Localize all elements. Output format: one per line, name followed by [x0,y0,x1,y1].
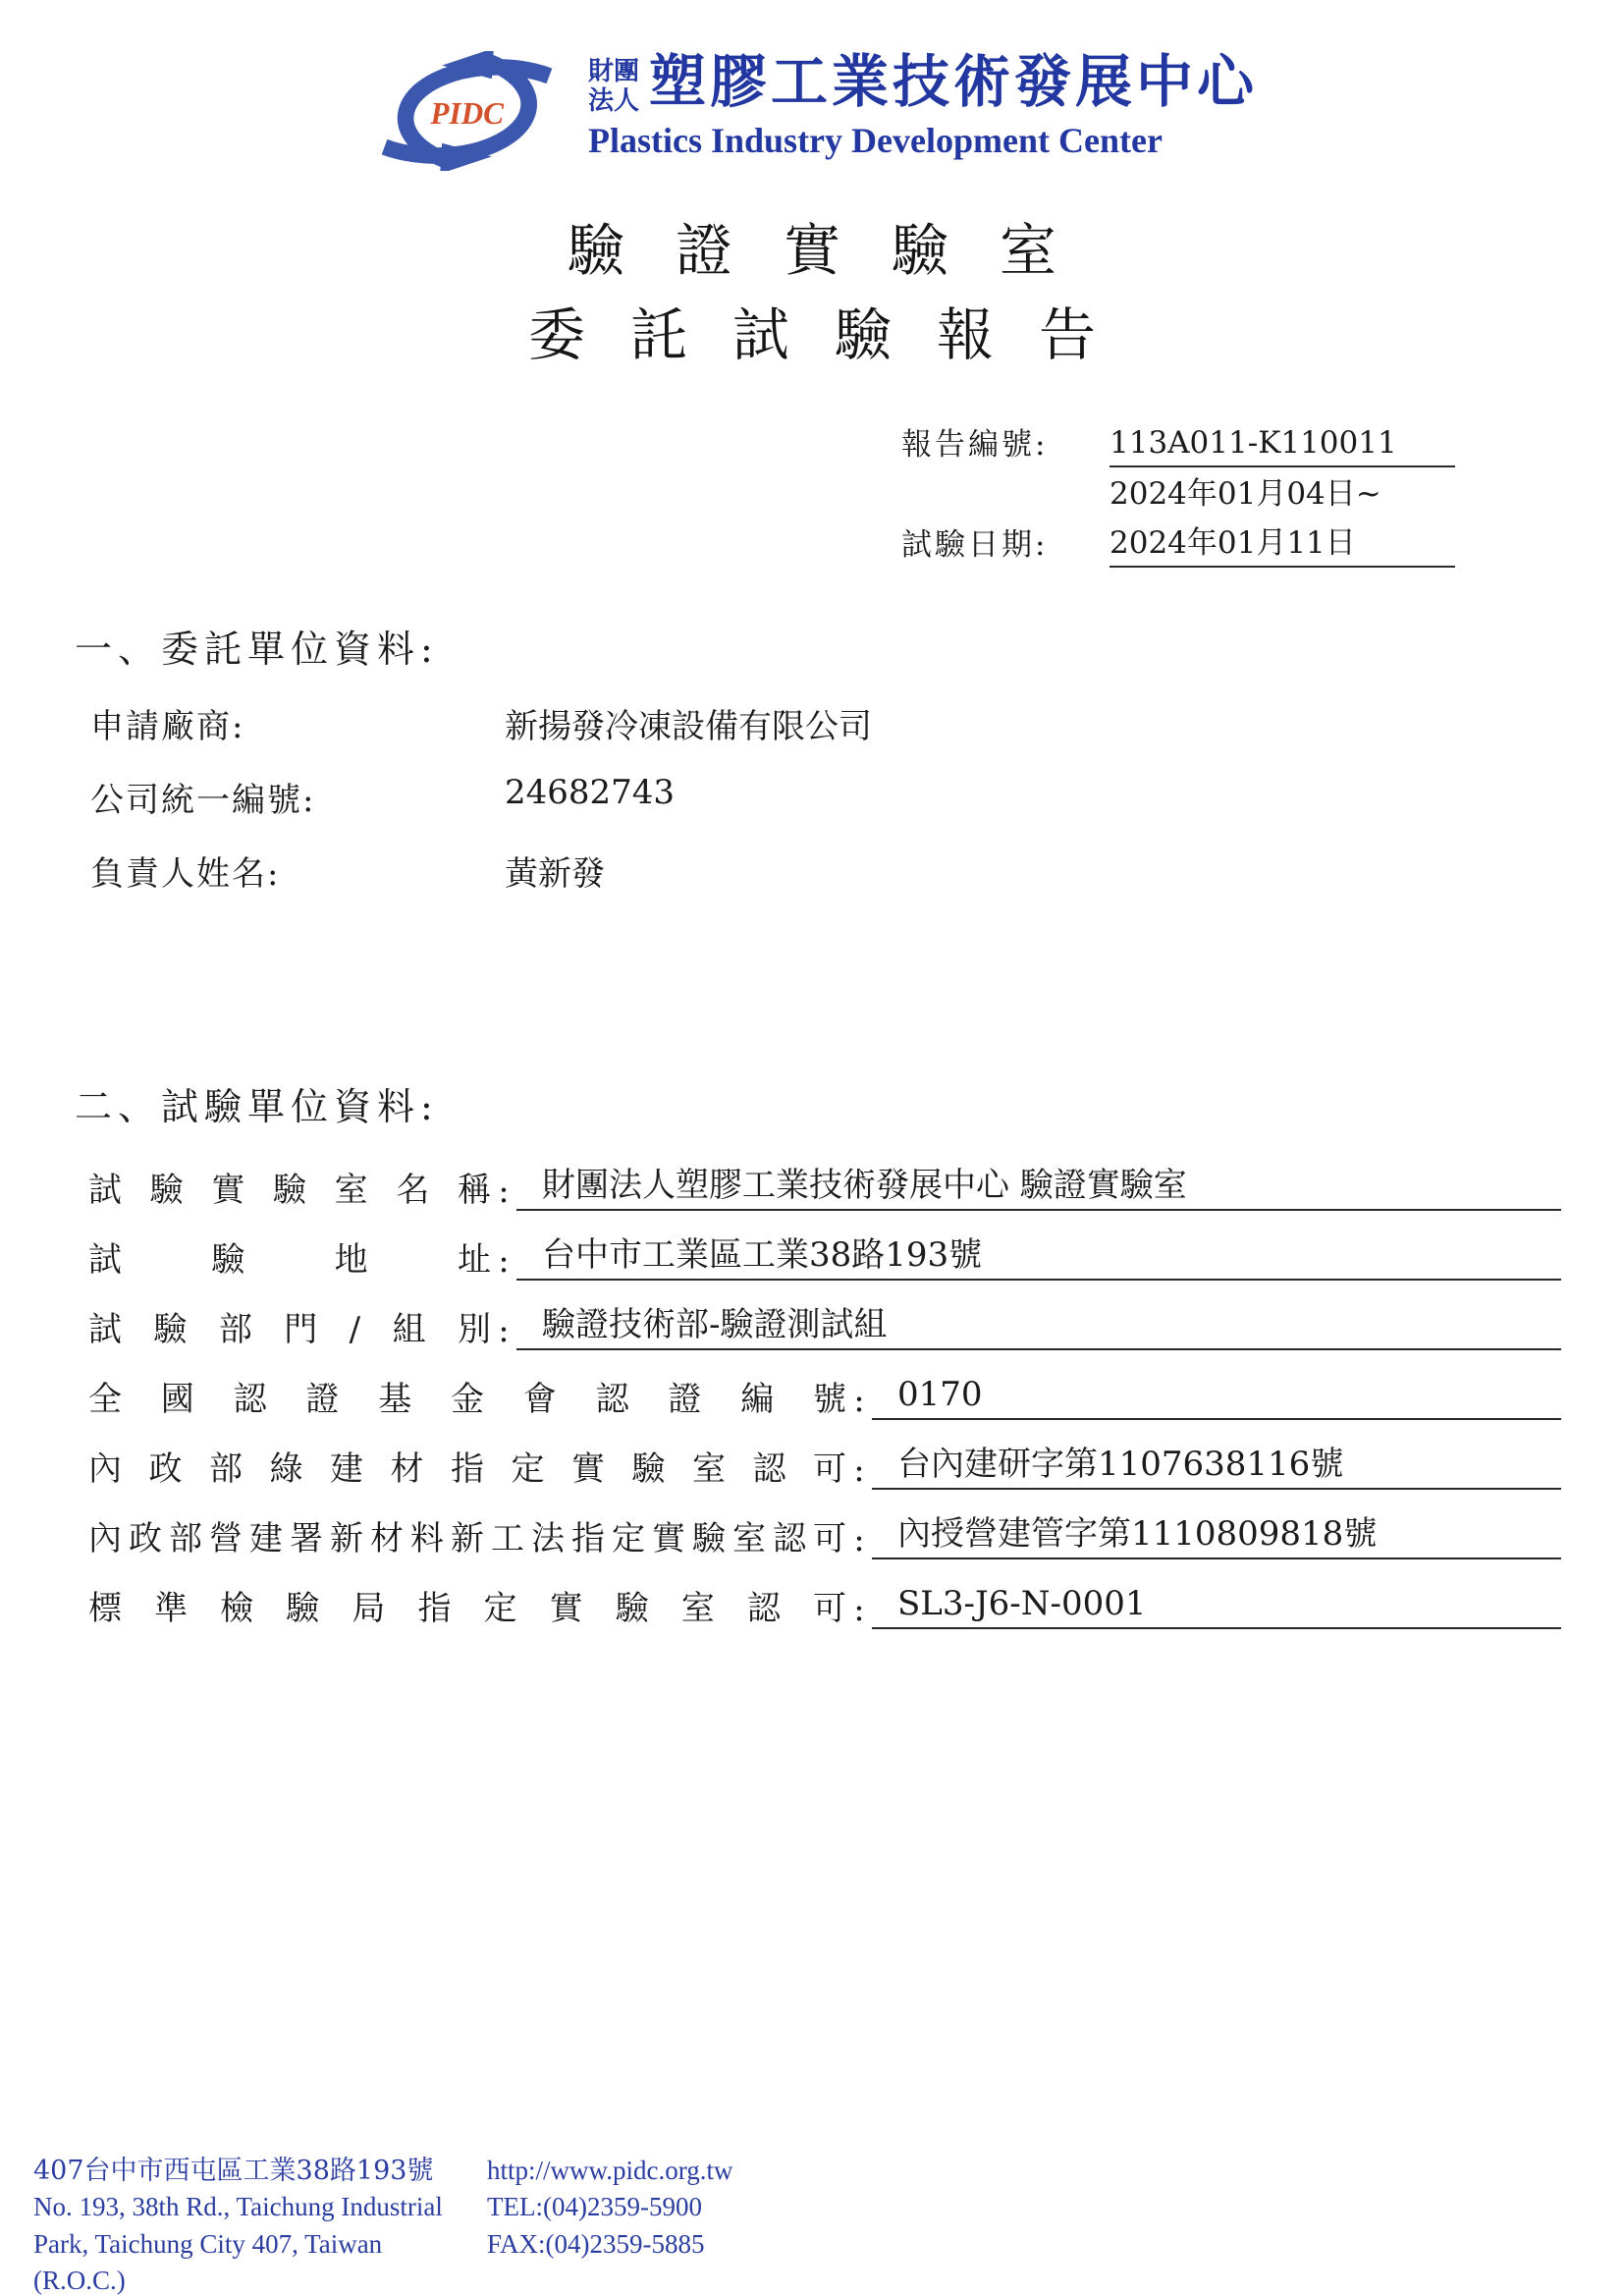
lab-department-row: 試驗部門/組別 : 驗證技術部-驗證測試組 [88,1281,1561,1350]
colon: : [846,1520,872,1559]
doc-title-line1: 驗證實驗室 [0,204,1624,287]
bsmi-lab-label: 標準檢驗局指定實驗室認可 [88,1581,846,1629]
new-material-lab-label: 內政部營建署新材料新工法指定實驗室認可 [88,1511,846,1559]
owner-name-label: 負責人姓名: [90,847,505,895]
footer-address: 407台中市西屯區工業38路193號 No. 193, 38th Rd., Ta… [33,2153,471,2295]
report-meta: 報告編號: 113A011-K110011 2024年01月04日~ 試驗日期:… [901,420,1471,572]
footer-website: http://www.pidc.org.tw [487,2153,733,2189]
lab-name-row: 試驗實驗室名稱 : 財團法人塑膠工業技術發展中心 驗證實驗室 [88,1141,1561,1211]
footer-address-en1: No. 193, 38th Rd., Taichung Industrial [33,2189,471,2225]
org-type-line1: 財團 [588,57,639,86]
section2-rows: 試驗實驗室名稱 : 財團法人塑膠工業技術發展中心 驗證實驗室 試驗地址 : 台中… [88,1141,1561,1629]
test-date-label: 試驗日期: [901,522,1110,568]
taf-accreditation-row: 全國認證基金會認證編號 : 0170 [88,1350,1561,1420]
taf-accreditation-value: 0170 [872,1373,1561,1420]
section1-heading: 一、委託單位資料: [75,619,439,673]
pidc-logo-icon: PIDC [361,51,572,171]
green-material-lab-row: 內政部綠建材指定實驗室認可 : 台內建研字第1107638116號 [88,1420,1561,1490]
bsmi-lab-row: 標準檢驗局指定實驗室認可 : SL3-J6-N-0001 [88,1559,1561,1629]
green-material-lab-label: 內政部綠建材指定實驗室認可 [88,1442,846,1490]
org-name-block: 財團 法人 塑膠工業技術發展中心 Plastics Industry Devel… [588,51,1258,161]
lab-address-value: 台中市工業區工業38路193號 [516,1233,1561,1281]
report-page: PIDC 財團 法人 塑膠工業技術發展中心 Plastics Industry … [0,0,1624,2295]
footer-tel: TEL:(04)2359-5900 [487,2189,733,2225]
taf-accreditation-label: 全國認證基金會認證編號 [88,1372,846,1420]
footer-address-zh: 407台中市西屯區工業38路193號 [33,2153,471,2189]
green-material-lab-value: 台內建研字第1107638116號 [872,1443,1561,1490]
test-date-end: 2024年01月11日 [1110,520,1455,568]
footer-fax: FAX:(04)2359-5885 [487,2226,733,2263]
org-name-en: Plastics Industry Development Center [588,120,1258,161]
org-type-line2: 法人 [588,86,639,116]
company-id-label: 公司統一編號: [90,773,505,821]
colon: : [491,1172,516,1211]
applicant-label: 申請廠商: [90,699,505,747]
header: PIDC 財團 法人 塑膠工業技術發展中心 Plastics Industry … [361,51,1258,171]
colon: : [491,1241,516,1281]
new-material-lab-row: 內政部營建署新材料新工法指定實驗室認可 : 內授營建管字第1110809818號 [88,1490,1561,1559]
lab-address-label: 試驗地址 [88,1232,491,1281]
company-id-value: 24682743 [505,773,675,812]
org-name-zh: 塑膠工業技術發展中心 [649,53,1258,113]
section1-rows: 申請廠商: 新揚發冷凍設備有限公司 公司統一編號: 24682743 負責人姓名… [90,699,1465,920]
lab-name-value: 財團法人塑膠工業技術發展中心 驗證實驗室 [516,1164,1561,1211]
colon: : [846,1590,872,1629]
applicant-value: 新揚發冷凍設備有限公司 [505,699,872,747]
logo-acronym: PIDC [429,96,505,131]
bsmi-lab-value: SL3-J6-N-0001 [872,1582,1561,1629]
lab-address-row: 試驗地址 : 台中市工業區工業38路193號 [88,1211,1561,1281]
colon: : [491,1311,516,1350]
colon: : [846,1381,872,1420]
lab-department-value: 驗證技術部-驗證測試組 [516,1303,1561,1350]
lab-name-label: 試驗實驗室名稱 [88,1163,491,1211]
footer: 407台中市西屯區工業38路193號 No. 193, 38th Rd., Ta… [33,2153,733,2295]
footer-address-en2: Park, Taichung City 407, Taiwan (R.O.C.) [33,2226,471,2295]
footer-contact: http://www.pidc.org.tw TEL:(04)2359-5900… [487,2153,733,2295]
org-type: 財團 法人 [588,57,639,116]
test-date-start: 2024年01月04日~ [1110,471,1455,517]
applicant-row: 申請廠商: 新揚發冷凍設備有限公司 [90,699,1465,773]
report-no-label: 報告編號: [901,422,1110,467]
company-id-row: 公司統一編號: 24682743 [90,773,1465,847]
owner-name-value: 黃新發 [505,847,605,895]
owner-name-row: 負責人姓名: 黃新發 [90,847,1465,920]
lab-department-label: 試驗部門/組別 [88,1302,491,1350]
section2-heading: 二、試驗單位資料: [75,1076,439,1130]
new-material-lab-value: 內授營建管字第1110809818號 [872,1512,1561,1559]
doc-title-line2: 委託試驗報告 [0,289,1624,371]
report-no-value: 113A011-K110011 [1110,420,1455,467]
colon: : [846,1450,872,1490]
